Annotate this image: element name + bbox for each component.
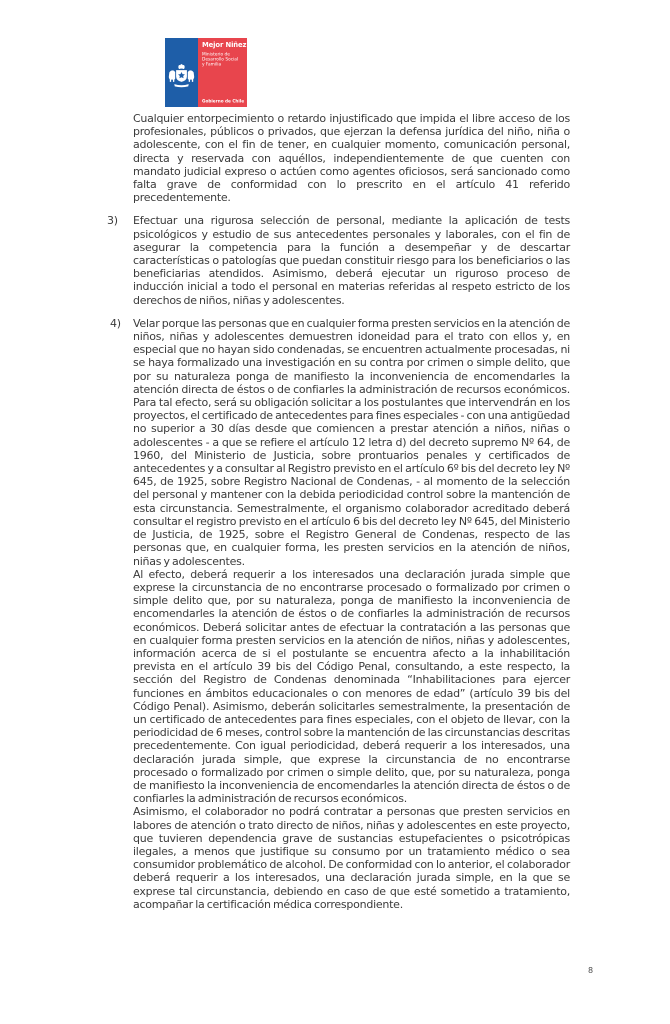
logo-ministry-line: y Familia: [202, 62, 245, 67]
mejor-ninez-logo: Mejor Niñez Ministerio de Desarrollo Soc…: [165, 38, 247, 107]
logo-government-text: Gobierno de Chile: [202, 100, 245, 104]
document-page: Mejor Niñez Ministerio de Desarrollo Soc…: [0, 0, 670, 1024]
item-3-paragraph: Efectuar una rigurosa selección de perso…: [133, 214, 570, 306]
item-3-body: Efectuar una rigurosa selección de perso…: [133, 214, 570, 306]
list-item-4: 4) Velar porque las personas que en cual…: [107, 317, 570, 911]
intro-paragraph: Cualquier entorpecimiento o retardo inju…: [133, 112, 570, 204]
list-item-3: 3) Efectuar una rigurosa selección de pe…: [107, 214, 570, 306]
item-3-number: 3): [107, 214, 133, 306]
item-4-body: Velar porque las personas que en cualqui…: [133, 317, 570, 911]
logo-coat-of-arms-panel: [165, 38, 198, 107]
logo-brand-text: Mejor Niñez: [202, 42, 245, 50]
item-4-paragraph-1: Velar porque las personas que en cualqui…: [133, 317, 570, 568]
item-4-paragraph-3: Asimismo, el colaborador no podrá contra…: [133, 805, 570, 911]
item-4-number: 4): [107, 317, 133, 911]
document-body: Cualquier entorpecimiento o retardo inju…: [107, 112, 570, 911]
logo-ministry-text: Ministerio de Desarrollo Social y Famili…: [202, 52, 245, 67]
page-number: 8: [588, 966, 593, 975]
item-4-paragraph-2: Al efecto, deberá requerir a los interes…: [133, 568, 570, 806]
logo-text-panel: Mejor Niñez Ministerio de Desarrollo Soc…: [198, 38, 247, 107]
chile-coat-of-arms-icon: [168, 64, 195, 88]
